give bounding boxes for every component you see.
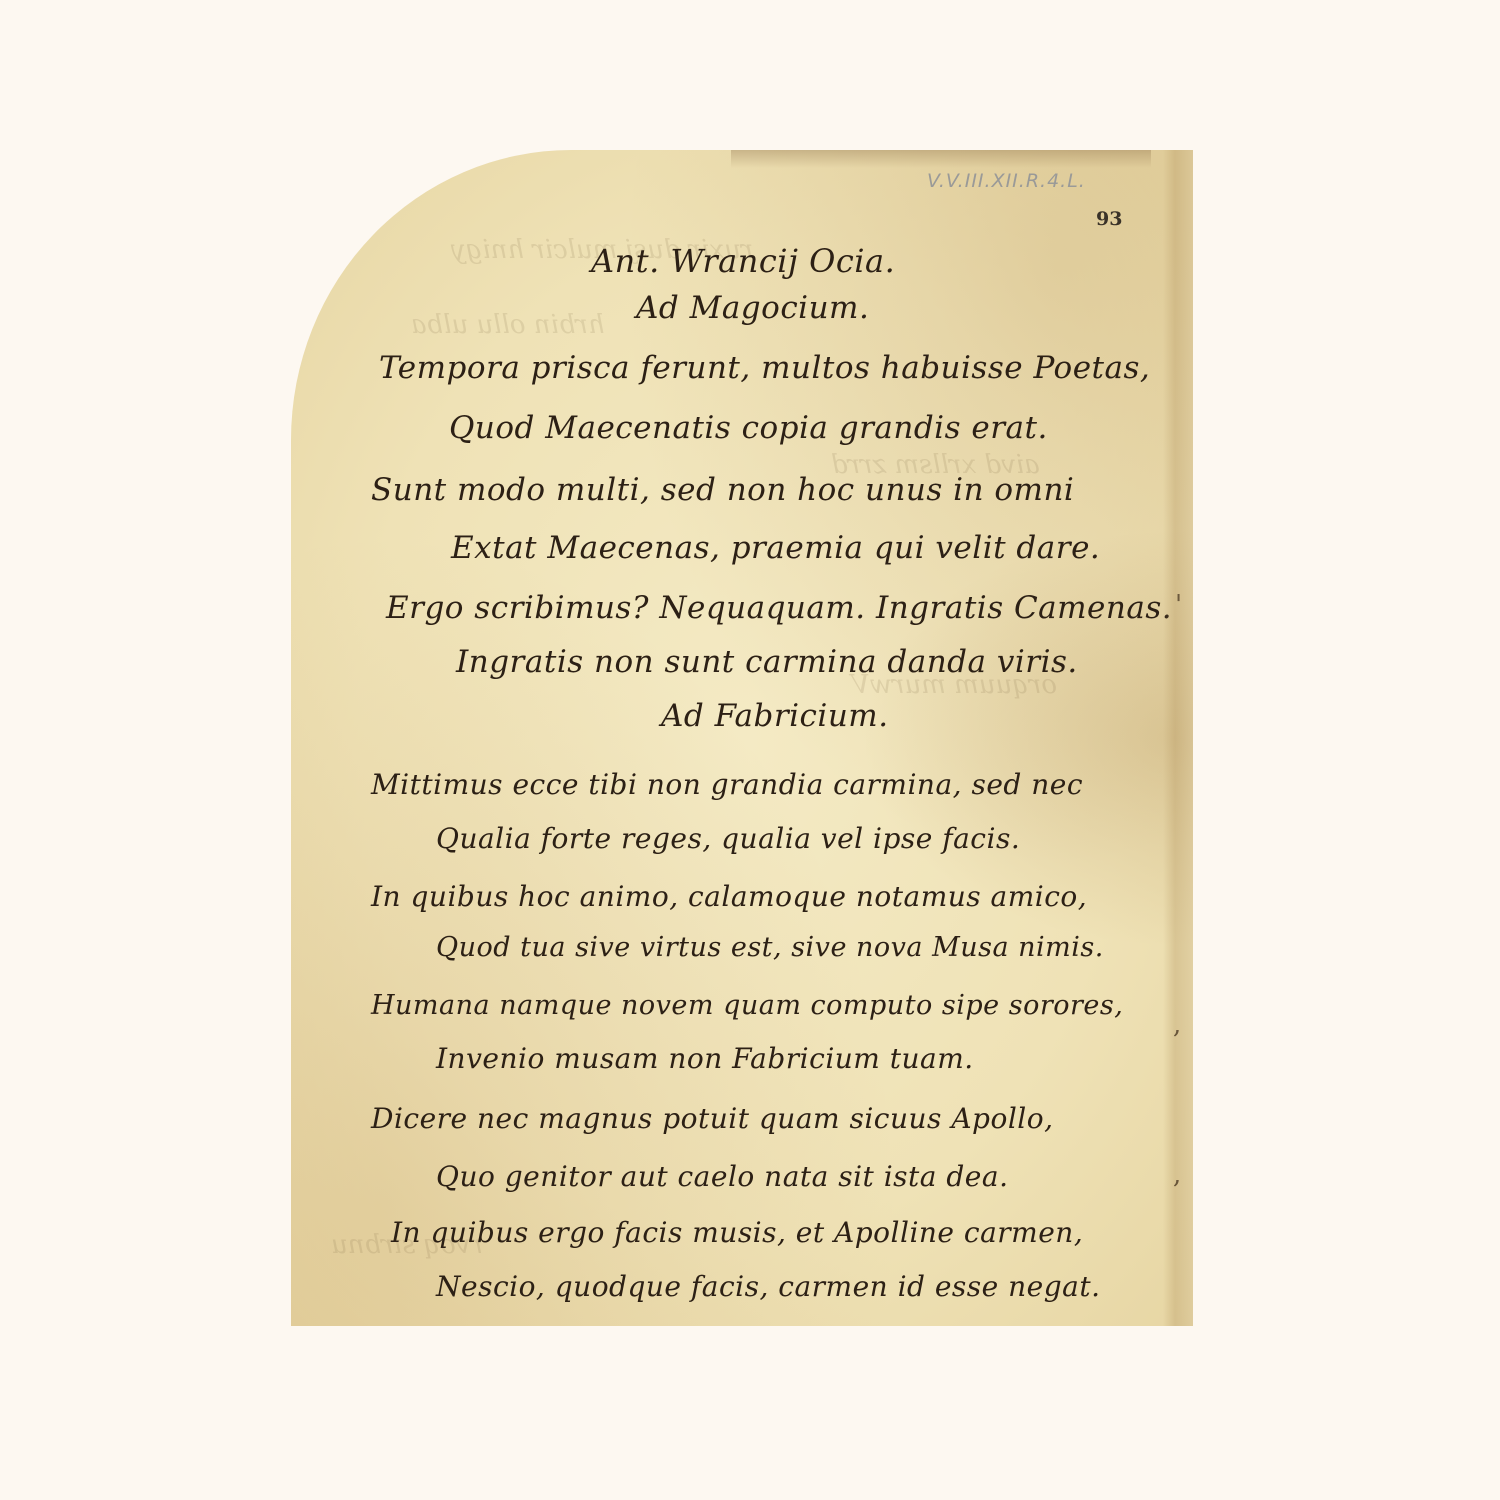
manuscript-page: ruxir dusj mulcir hnigy hrbin ollu ulba … bbox=[291, 150, 1193, 1326]
poem-heading: Ad Magocium. bbox=[636, 290, 869, 326]
poem-line: Mittimus ecce tibi non grandia carmina, … bbox=[371, 768, 1083, 801]
manuscript-title: Ant. Wrancij Ocia. bbox=[591, 242, 895, 280]
poem-line: Qualia forte reges, qualia vel ipse faci… bbox=[436, 822, 1020, 855]
poem-line: Invenio musam non Fabricium tuam. bbox=[436, 1042, 974, 1075]
poem-line: Quod tua sive virtus est, sive nova Musa… bbox=[436, 932, 1104, 963]
poem-line: Tempora prisca ferunt, multos habuisse P… bbox=[379, 350, 1150, 386]
margin-mark: , bbox=[1173, 1010, 1181, 1040]
poem-line: Ergo scribimus? Nequaquam. Ingratis Came… bbox=[386, 590, 1172, 626]
poem-line: Quod Maecenatis copia grandis erat. bbox=[449, 410, 1048, 446]
poem-line: Dicere nec magnus potuit quam sicuus Apo… bbox=[371, 1102, 1054, 1135]
poem-heading: Ad Fabricium. bbox=[661, 698, 889, 734]
poem-line: Sunt modo multi, sed non hoc unus in omn… bbox=[371, 472, 1074, 508]
folio-number: 93 bbox=[1096, 208, 1122, 230]
poem-line: In quibus hoc animo, calamoque notamus a… bbox=[371, 880, 1087, 913]
poem-line: Humana namque novem quam computo sipe so… bbox=[371, 990, 1123, 1021]
poem-line: In quibus ergo facis musis, et Apolline … bbox=[391, 1216, 1083, 1249]
margin-mark: ' bbox=[1175, 590, 1182, 620]
poem-line: Nescio, quodque facis, carmen id esse ne… bbox=[436, 1270, 1101, 1303]
bleed-through-text: hrbin ollu ulba bbox=[411, 310, 605, 340]
poem-line: Extat Maecenas, praemia qui velit dare. bbox=[451, 530, 1100, 566]
shelfmark: V.V.III.XII.R.4.L. bbox=[927, 170, 1086, 192]
page-top-edge-stain bbox=[731, 150, 1151, 168]
poem-line: Quo genitor aut caelo nata sit ista dea. bbox=[436, 1160, 1008, 1193]
margin-mark: , bbox=[1173, 1160, 1181, 1190]
poem-line: Ingratis non sunt carmina danda viris. bbox=[456, 644, 1078, 680]
